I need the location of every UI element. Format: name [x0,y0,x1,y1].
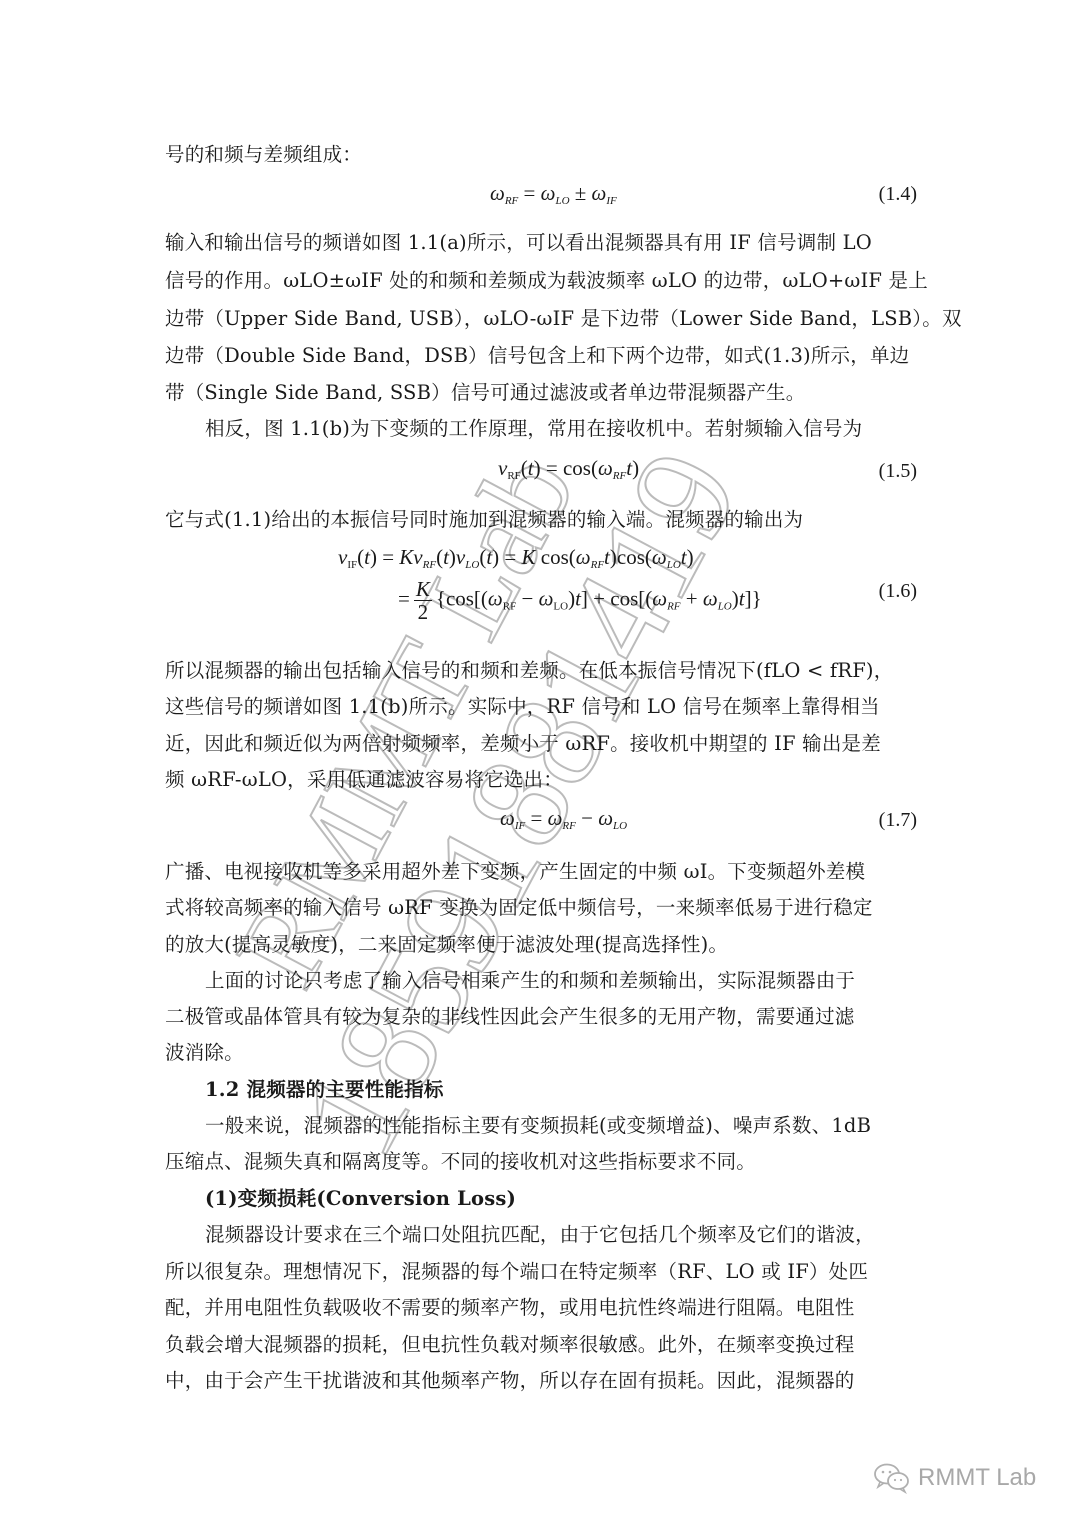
paragraph-line: 频 ωRF-ωLO，采用低通滤波容易将它选出： [165,765,917,795]
paragraph-line: 信号的作用。ωLO±ωIF 处的和频和差频成为载波频率 ωLO 的边带，ωLO+… [165,266,917,296]
paragraph-line: 中，由于会产生干扰谐波和其他频率产物，所以存在固有损耗。因此，混频器的 [165,1366,917,1396]
paragraph-line: 二极管或晶体管具有较为复杂的非线性因此会产生很多的无用产物，需要通过滤 [165,1002,917,1032]
paragraph-line: 它与式(1.1)给出的本振信号同时施加到混频器的输入端。混频器的输出为 [165,505,917,535]
paragraph-line: 边带（Upper Side Band, USB），ωLO-ωIF 是下边带（Lo… [165,304,917,334]
equation-1-5: vRF(t) = cos(ωRFt) [498,456,639,482]
section-heading: 1.2 混频器的主要性能指标 [205,1075,917,1105]
equation-1-6-line1: vIF(t) = KvRF(t)vLO(t) = K cos(ωRFt)cos(… [338,545,694,571]
paragraph-line: 所以很复杂。理想情况下，混频器的每个端口在特定频率（RF、LO 或 IF）处匹 [165,1257,917,1287]
equation-number: (1.7) [879,809,917,832]
equation-number: (1.6) [879,580,917,603]
paragraph-line: 所以混频器的输出包括输入信号的和频和差频。在低本振信号情况下(fLO < fRF… [165,656,917,686]
paragraph-line: 负载会增大混频器的损耗，但电抗性负载对频率很敏感。此外，在频率变换过程 [165,1330,917,1360]
paragraph-line: 相反，图 1.1(b)为下变频的工作原理，常用在接收机中。若射频输入信号为 [205,414,917,444]
equation-number: (1.4) [879,183,917,206]
paragraph-line: 边带（Double Side Band，DSB）信号包含上和下两个边带，如式(1… [165,341,917,371]
paragraph-line: 输入和输出信号的频谱如图 1.1(a)所示，可以看出混频器具有用 IF 信号调制… [165,228,917,258]
paragraph-line: 近，因此和频近似为两倍射频频率，差频小于 ωRF。接收机中期望的 IF 输出是差 [165,729,917,759]
brand-label: RMMT Lab [918,1464,1036,1492]
paragraph-line: 带（Single Side Band, SSB）信号可通过滤波或者单边带混频器产… [165,378,917,408]
equation-1-4: ωRF = ωLO ± ωIF [490,181,617,207]
paragraph-line: 压缩点、混频失真和隔离度等。不同的接收机对这些指标要求不同。 [165,1147,917,1177]
equation-number: (1.5) [879,460,917,483]
paragraph-line: 波消除。 [165,1038,917,1068]
paragraph-line: 的放大(提高灵敏度)，二来固定频率便于滤波处理(提高选择性)。 [165,930,917,960]
paragraph-line: 一般来说，混频器的性能指标主要有变频损耗(或变频增益)、噪声系数、1dB [205,1111,917,1141]
paragraph-line: 配，并用电阻性负载吸收不需要的频率产物，或用电抗性终端进行阻隔。电阻性 [165,1293,917,1323]
equation-1-6-line2: =K2{cos[(ωRF − ωLO)t] + cos[(ωRF + ωLO)t… [398,578,762,623]
paragraph-line: 式将较高频率的输入信号 ωRF 变换为固定低中频信号，一来频率低易于进行稳定 [165,893,917,923]
paragraph-line: 这些信号的频谱如图 1.1(b)所示。实际中，RF 信号和 LO 信号在频率上靠… [165,692,917,722]
paragraph-line: 号的和频与差频组成： [165,140,917,170]
document-page: RMMT Lab 18591881419 号的和频与差频组成： ωRF = ωL… [0,0,1080,1527]
paragraph-line: 上面的讨论只考虑了输入信号相乘产生的和频和差频输出，实际混频器由于 [205,966,917,996]
subsection-heading: (1)变频损耗(Conversion Loss) [205,1184,917,1214]
equation-1-7: ωIF = ωRF − ωLO [500,806,627,832]
paragraph-line: 广播、电视接收机等多采用超外差下变频，产生固定的中频 ωI。下变频超外差模 [165,857,917,887]
wechat-icon [872,1462,912,1494]
paragraph-line: 混频器设计要求在三个端口处阻抗匹配，由于它包括几个频率及它们的谐波， [205,1220,917,1250]
brand-badge: RMMT Lab [872,1462,1036,1494]
